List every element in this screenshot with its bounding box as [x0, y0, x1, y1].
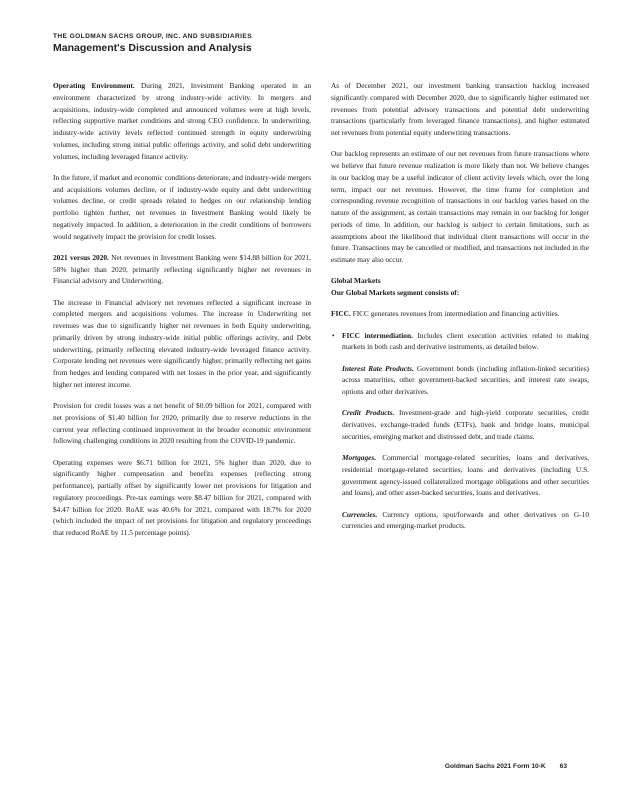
paragraph-lead: Operating Environment.	[53, 81, 135, 90]
publication-name: Goldman Sachs 2021 Form 10-K	[445, 763, 546, 770]
paragraph-text: FICC generates revenues from intermediat…	[351, 309, 560, 318]
paragraph-lead: 2021 versus 2020.	[53, 253, 109, 262]
paragraph-backlog-definition: Our backlog represents an estimate of ou…	[331, 148, 589, 266]
page-number: 63	[560, 763, 567, 770]
paragraph-2021-vs-2020: 2021 versus 2020. Net revenues in Invest…	[53, 252, 311, 287]
segment-intro: Our Global Markets segment consists of:	[331, 287, 589, 299]
item-lead: Credit Products.	[342, 408, 394, 417]
bullet-lead: FICC intermediation.	[342, 331, 413, 340]
section-title: Management's Discussion and Analysis	[53, 42, 573, 55]
bullet-icon: •	[332, 330, 335, 342]
list-item: Currencies. Currency options, spot/forwa…	[342, 509, 589, 533]
paragraph-outlook: In the future, if market and economic co…	[53, 172, 311, 243]
paragraph-text: During 2021, Investment Banking operated…	[53, 81, 311, 161]
right-column: As of December 2021, our investment bank…	[331, 80, 589, 542]
paragraph-lead: FICC.	[331, 309, 351, 318]
page-header: The Goldman Sachs Group, Inc. and Subsid…	[53, 33, 573, 55]
item-lead: Mortgages.	[342, 453, 376, 462]
item-lead: Currencies.	[342, 510, 377, 519]
paragraph-operating-expenses: Operating expenses were $6.71 billion fo…	[53, 457, 311, 539]
item-text: Commercial mortgage-related securities, …	[342, 453, 589, 497]
paragraph-operating-environment: Operating Environment. During 2021, Inve…	[53, 80, 311, 162]
list-item: Interest Rate Products. Government bonds…	[342, 363, 589, 398]
paragraph-ficc: FICC. FICC generates revenues from inter…	[331, 308, 589, 320]
ficc-intermediation-list: • FICC intermediation. Includes client e…	[331, 330, 589, 533]
paragraph-advisory-underwriting: The increase in Financial advisory net r…	[53, 297, 311, 391]
page-footer: Goldman Sachs 2021 Form 10-K63	[445, 763, 567, 770]
left-column: Operating Environment. During 2021, Inve…	[53, 80, 311, 548]
list-item: Mortgages. Commercial mortgage-related s…	[342, 452, 589, 499]
item-text: Currency options, spot/forwards and othe…	[342, 510, 589, 531]
paragraph-credit-losses: Provision for credit losses was a net be…	[53, 400, 311, 447]
item-lead: Interest Rate Products.	[342, 364, 414, 373]
segment-heading: Global Markets	[331, 275, 589, 287]
company-name: The Goldman Sachs Group, Inc. and Subsid…	[53, 33, 573, 41]
paragraph-backlog-change: As of December 2021, our investment bank…	[331, 80, 589, 139]
bullet-ficc-intermediation: FICC intermediation. Includes client exe…	[342, 330, 589, 354]
list-item: Credit Products. Investment-grade and hi…	[342, 407, 589, 442]
